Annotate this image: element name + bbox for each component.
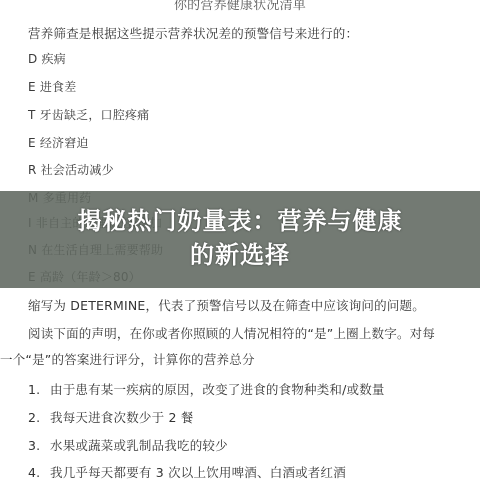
signal-item: T 牙齿缺乏，口腔疼痛 bbox=[28, 106, 149, 123]
statement-item: 3.水果或蔬菜或乳制品我吃的较少 bbox=[28, 436, 228, 454]
acronym-note: 缩写为 DETERMINE，代表了预警信号以及在筛查中应该询问的问题。 bbox=[28, 296, 425, 314]
statement-item: 2.我每天进食次数少于 2 餐 bbox=[28, 408, 194, 426]
instruction-line-1: 阅读下面的声明，在你或者你照顾的人情况相符的“是”上圈上数字。对每 bbox=[28, 324, 435, 342]
headline-line-2: 的新选择 bbox=[0, 238, 480, 272]
signal-item: E 进食差 bbox=[28, 78, 76, 95]
signal-item: R 社会活动减少 bbox=[28, 161, 114, 178]
statement-item: 4.我几乎每天都要有 3 次以上饮用啤酒、白酒或者红酒 bbox=[28, 463, 346, 480]
statement-item: 1.由于患有某一疾病的原因，改变了进食的食物种类和/或数量 bbox=[28, 380, 385, 398]
headline-line-1: 揭秘热门奶量表：营养与健康 bbox=[0, 204, 480, 238]
instruction-line-2: 一个“是”的答案进行评分，计算你的营养总分 bbox=[0, 350, 255, 368]
signal-item: E 经济窘迫 bbox=[28, 134, 89, 151]
intro-text: 营养筛查是根据这些提示营养状况差的预警信号来进行的： bbox=[28, 24, 358, 42]
headline: 揭秘热门奶量表：营养与健康 的新选择 bbox=[0, 204, 480, 272]
signal-item: D 疾病 bbox=[28, 50, 66, 67]
document-title: 你的营养健康状况清单 bbox=[0, 0, 480, 13]
